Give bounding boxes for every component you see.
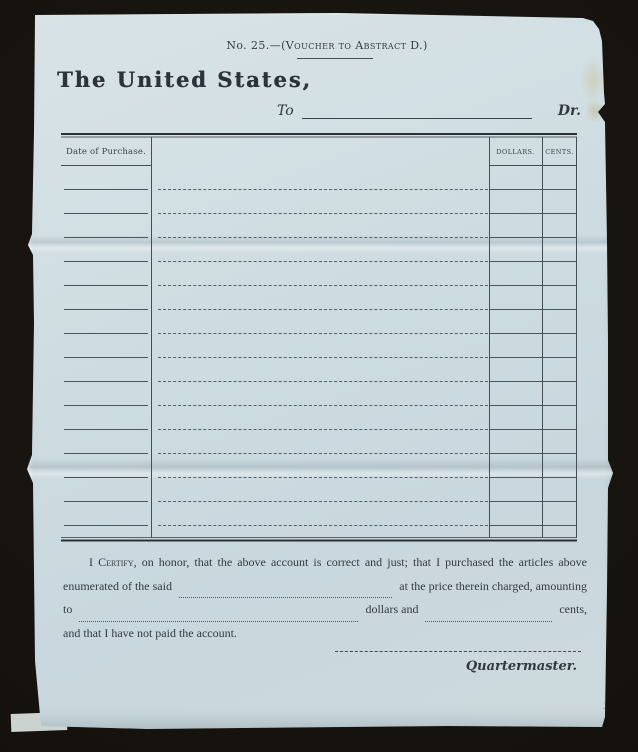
column-header-date: Date of Purchase. — [61, 138, 151, 166]
table-row — [61, 166, 577, 190]
to-label: To — [277, 103, 294, 119]
description-entry-line — [158, 525, 488, 526]
payee-title: The United States, — [57, 67, 312, 92]
to-blank-line — [302, 102, 532, 119]
table-row — [61, 502, 577, 526]
line3-before-blank: to — [63, 598, 72, 622]
cents-amount-blank — [425, 607, 552, 622]
edge-stain-small — [581, 95, 609, 127]
table-row — [61, 286, 577, 310]
certification-line-3: to dollars and cents, — [63, 598, 587, 622]
table-row — [61, 454, 577, 478]
dollars-column-divider — [489, 137, 490, 538]
corner-mark: 2 — [603, 701, 609, 712]
voucher-paper: No. 25.—(Voucher to Abstract D.) The Uni… — [27, 11, 613, 731]
line2-before-blank: enumerated of the said — [63, 575, 172, 599]
certification-line-1: I Certify, on honor, that the above acco… — [63, 551, 587, 575]
table-row — [61, 214, 577, 238]
form-number: No. 25.— — [226, 39, 281, 52]
signature-blank-line — [335, 651, 581, 652]
dr-label: Dr. — [558, 103, 581, 119]
table-last-spacer — [61, 526, 577, 537]
certification-line-2: enumerated of the said at the price ther… — [63, 575, 587, 599]
cents-column-divider — [542, 137, 543, 538]
certify-word: Certify, — [98, 555, 137, 569]
form-number-line: No. 25.—(Voucher to Abstract D.) — [27, 39, 613, 52]
column-header-cents: Cents. — [542, 138, 577, 166]
certification-line-1-rest: on honor, that the above account is corr… — [142, 555, 587, 569]
form-number-rule — [297, 58, 373, 59]
line3-after-blank: cents, — [559, 598, 587, 622]
table-row — [61, 382, 577, 406]
table-bottom-rule — [61, 537, 577, 542]
dollars-amount-blank — [79, 607, 358, 622]
date-column-divider — [151, 137, 152, 538]
table-header-row: Date of Purchase. Dollars. Cents. — [61, 138, 577, 166]
table-right-border — [576, 137, 577, 538]
signature-title: Quartermaster. — [335, 659, 577, 674]
line3-between-blanks: dollars and — [365, 598, 418, 622]
table-row — [61, 358, 577, 382]
table-row — [61, 478, 577, 502]
certification-text: I Certify, on honor, that the above acco… — [63, 551, 587, 645]
account-table: Date of Purchase. Dollars. Cents. — [61, 133, 577, 542]
form-title: (Voucher to Abstract D.) — [281, 39, 428, 52]
table-row — [61, 334, 577, 358]
certification-pronoun: I — [89, 555, 93, 569]
table-row — [61, 238, 577, 262]
amount-entry-line — [489, 525, 577, 526]
seller-name-blank — [179, 583, 392, 598]
certification-line-4: and that I have not paid the account. — [63, 622, 587, 646]
photo-background: { "page": { "frame_color": "#14100c", "p… — [0, 0, 638, 752]
table-row — [61, 190, 577, 214]
table-row — [61, 406, 577, 430]
table-row — [61, 430, 577, 454]
line2-after-blank: at the price therein charged, amounting — [399, 575, 587, 599]
to-line: To Dr. — [277, 99, 581, 119]
date-entry-line — [64, 525, 148, 526]
column-header-description — [151, 138, 489, 166]
table-row — [61, 262, 577, 286]
table-body — [61, 166, 577, 526]
column-header-dollars: Dollars. — [489, 138, 542, 166]
table-row — [61, 310, 577, 334]
